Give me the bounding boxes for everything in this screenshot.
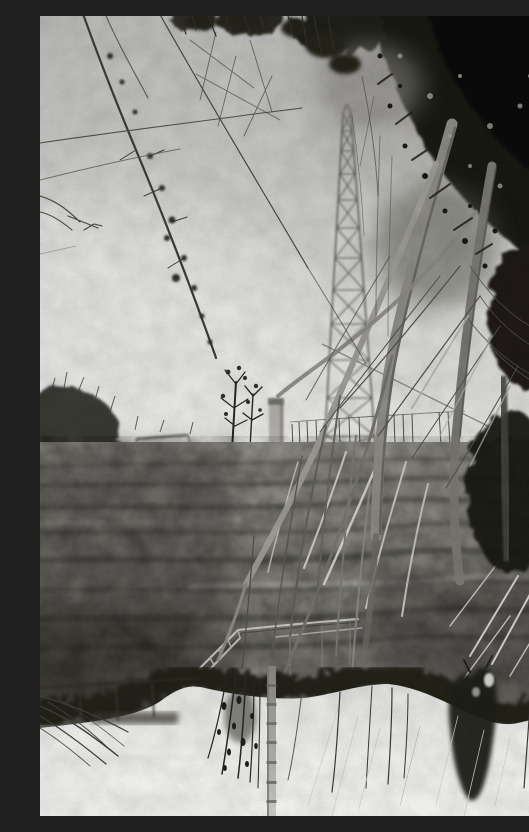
photo-canvas: Grainy black-and-white photograph, appar… bbox=[40, 16, 529, 816]
film-grain bbox=[40, 16, 529, 816]
photograph: Grainy black-and-white photograph, appar… bbox=[40, 16, 529, 816]
